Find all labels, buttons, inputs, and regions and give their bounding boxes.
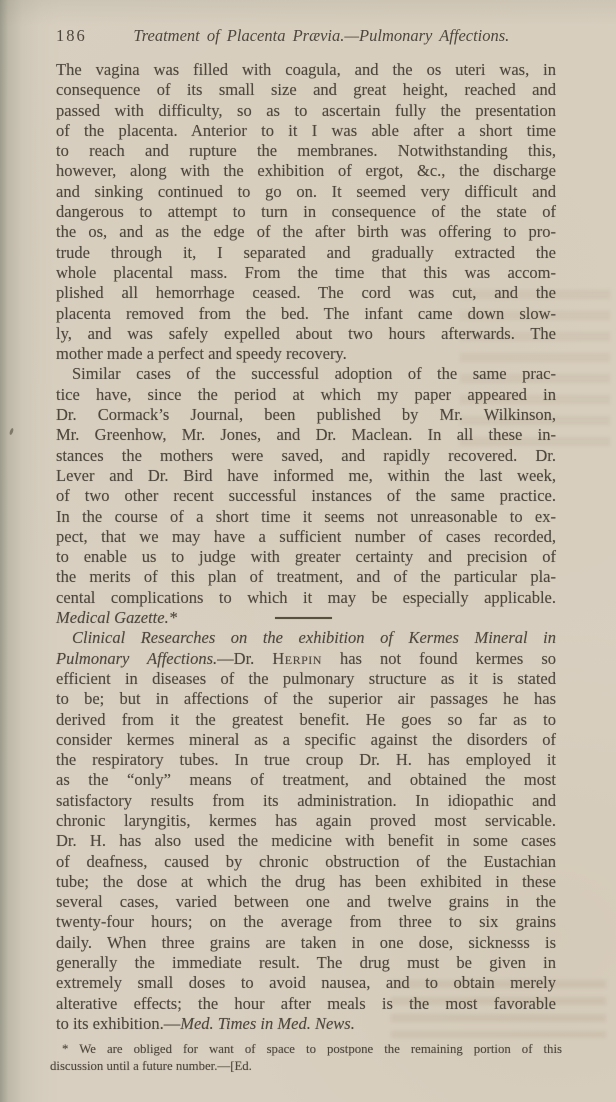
text-line: however, along with the exhibition of er… [56, 161, 556, 181]
text-line: In the course of a short time it seems n… [56, 507, 556, 527]
running-title: Treatment of Placenta Prævia.—Pulmonary … [87, 26, 556, 46]
text-line: daily. When three grains are taken in on… [56, 933, 556, 953]
text-line: chronic laryngitis, kermes has again pro… [56, 811, 556, 831]
text-line: as the “only” means of treatment, and ob… [56, 770, 556, 790]
page-header: 186 Treatment of Placenta Prævia.—Pulmon… [56, 26, 556, 46]
text-line: the respiratory tubes. In true croup Dr.… [56, 750, 556, 770]
text-line: Pulmonary Affections.—Dr. Herpin has not… [56, 649, 556, 669]
text-line: The vagina was filled with coagula, and … [56, 60, 556, 80]
text-line: Dr. H. has also used the medicine with b… [56, 831, 556, 851]
text-line: passed with difficulty, so as to ascerta… [56, 101, 556, 121]
text-line: stances the mothers were saved, and rapi… [56, 446, 556, 466]
text-line: extremely small doses to avoid nausea, a… [56, 973, 556, 993]
footnote-line: discussion until a future number.—[Ed. [50, 1058, 562, 1075]
text-line: plished all hemorrhage ceased. The cord … [56, 283, 556, 303]
text-line: twenty-four hours; on the average from t… [56, 912, 556, 932]
text-line: pect, that we may have a sufficient numb… [56, 527, 556, 547]
ink-speck [9, 428, 14, 436]
text-line: of the placenta. Anterior to it I was ab… [56, 121, 556, 141]
text-line: Medical Gazette.* [56, 608, 556, 628]
text-line: of two other recent successful instances… [56, 486, 556, 506]
text-line: derived from it the greatest benefit. He… [56, 710, 556, 730]
text-line: Dr. Cormack’s Journal, been published by… [56, 405, 556, 425]
text-line: trude through it, I separated and gradua… [56, 243, 556, 263]
section-divider-rule [275, 617, 332, 619]
text-line: whole placental mass. From the time that… [56, 263, 556, 283]
text-line: Mr. Greenhow, Mr. Jones, and Dr. Maclean… [56, 425, 556, 445]
text-line: of deafness, caused by chronic obstructi… [56, 852, 556, 872]
text-line: and sinking continued to go on. It seeme… [56, 182, 556, 202]
text-line: consider kermes mineral as a specific ag… [56, 730, 556, 750]
text-line: to be; but in affections of the superior… [56, 689, 556, 709]
footnote-line: * We are obliged for want of space to po… [50, 1041, 562, 1058]
text-line: efficient in diseases of the pulmonary s… [56, 669, 556, 689]
text-line: tice have, since the period at which my … [56, 385, 556, 405]
text-line: ly, and was safely expelled about two ho… [56, 324, 556, 344]
text-line: several cases, varied between one and tw… [56, 892, 556, 912]
text-line: Similar cases of the successful adoption… [56, 364, 556, 384]
text-line: to reach and rupture the membranes. Notw… [56, 141, 556, 161]
text-line: Lever and Dr. Bird have informed me, wit… [56, 466, 556, 486]
text-line: the merits of this plan of treatment, an… [56, 567, 556, 587]
text-line: satisfactory results from its administra… [56, 791, 556, 811]
page-number: 186 [56, 26, 87, 46]
text-line: to enable us to judge with greater certa… [56, 547, 556, 567]
text-line: consequence of its small size and great … [56, 80, 556, 100]
text-line: to its exhibition.—Med. Times in Med. Ne… [56, 1014, 556, 1034]
footnote: * We are obliged for want of space to po… [50, 1041, 562, 1075]
text-line: dangerous to attempt to turn in conseque… [56, 202, 556, 222]
text-line: placenta removed from the bed. The infan… [56, 304, 556, 324]
text-line: tube; the dose at which the drug has bee… [56, 872, 556, 892]
article-body: The vagina was filled with coagula, and … [56, 60, 556, 1034]
book-page: 186 Treatment of Placenta Prævia.—Pulmon… [0, 0, 616, 1102]
text-line: mother made a perfect and speedy recover… [56, 344, 556, 364]
text-line: the os, and as the edge of the after bir… [56, 222, 556, 242]
text-line: alterative effects; the hour after meals… [56, 994, 556, 1014]
text-line: cental complications to which it may be … [56, 588, 556, 608]
text-line: Clinical Researches on the exhibition of… [56, 628, 556, 648]
text-line: generally the immediate result. The drug… [56, 953, 556, 973]
